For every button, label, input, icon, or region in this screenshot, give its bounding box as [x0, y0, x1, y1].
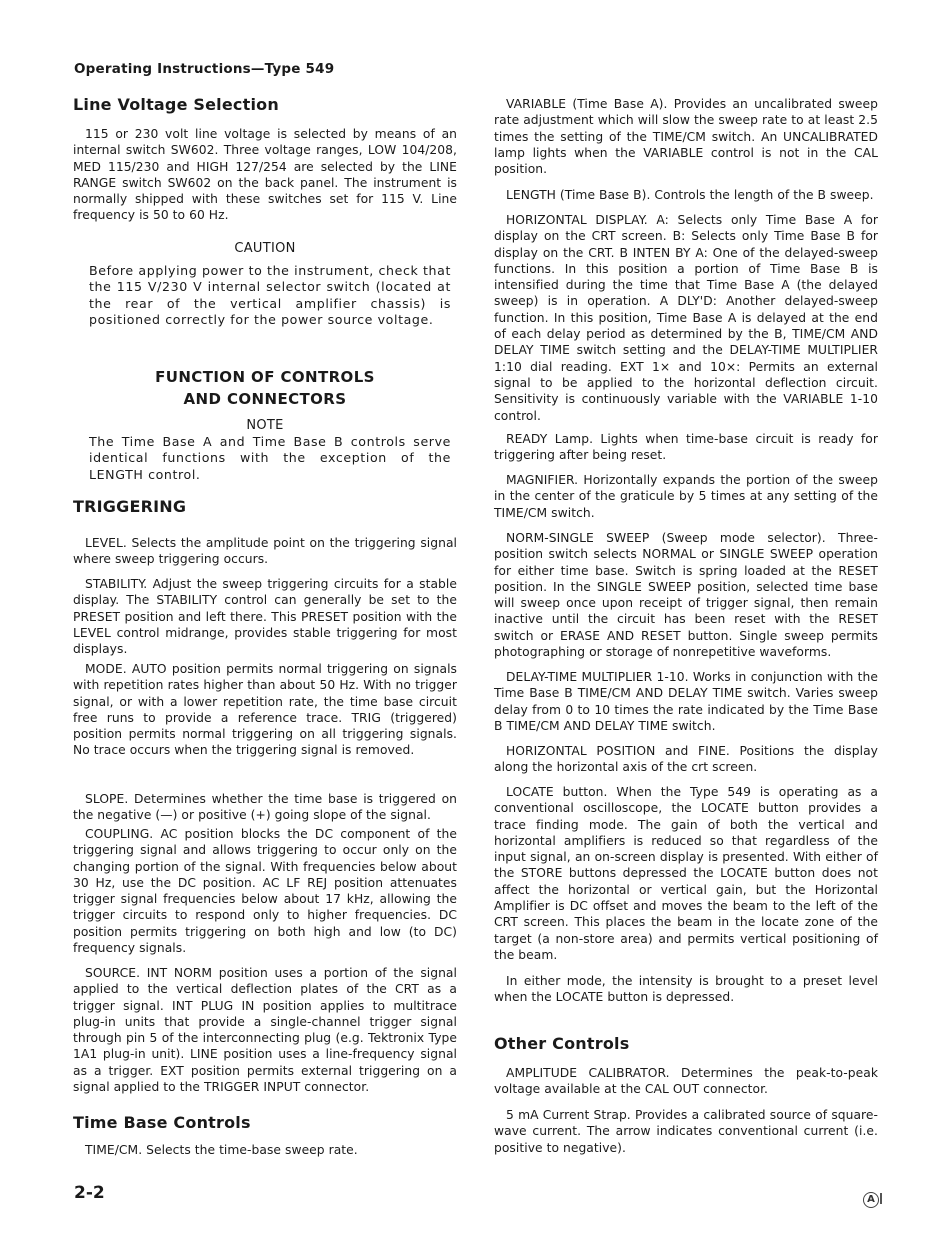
- line-voltage-body: 115 or 230 volt line voltage is selected…: [73, 126, 457, 224]
- tb-magnifier: MAGNIFIER. Horizontally expands the port…: [494, 472, 878, 521]
- function-heading-line1: FUNCTION OF CONTROLS: [73, 366, 457, 388]
- tb-horizontal-position: HORIZONTAL POSITION and FINE. Positions …: [494, 743, 878, 776]
- tb-length: LENGTH (Time Base B). Controls the lengt…: [494, 187, 878, 203]
- note-text: The Time Base A and Time Base B controls…: [89, 434, 451, 483]
- paragraph-locate: LOCATE button. When the Type 549 is oper…: [494, 784, 878, 963]
- function-heading: FUNCTION OF CONTROLS AND CONNECTORS: [73, 366, 457, 410]
- paragraph-horizontal-position: HORIZONTAL POSITION and FINE. Positions …: [494, 743, 878, 776]
- paragraph-stability: STABILITY. Adjust the sweep triggering c…: [73, 576, 457, 657]
- page-number: 2-2: [74, 1183, 105, 1203]
- caution-label: CAUTION: [73, 241, 457, 257]
- trig-stability: STABILITY. Adjust the sweep triggering c…: [73, 576, 457, 657]
- running-head: Operating Instructions—Type 549: [74, 61, 334, 77]
- paragraph-mode: MODE. AUTO position permits normal trigg…: [73, 661, 457, 759]
- trig-slope: SLOPE. Determines whether the time base …: [73, 791, 457, 824]
- paragraph-time-cm: TIME/CM. Selects the time-base sweep rat…: [73, 1142, 457, 1158]
- paragraph-slope: SLOPE. Determines whether the time base …: [73, 791, 457, 824]
- section-line-voltage: Line Voltage Selection: [73, 95, 457, 114]
- manual-page: Operating Instructions—Type 549 Line Vol…: [0, 0, 950, 1233]
- note-label: NOTE: [73, 418, 457, 434]
- heading-line-voltage: Line Voltage Selection: [73, 95, 457, 114]
- tb-horizontal-display: HORIZONTAL DISPLAY. A: Selects only Time…: [494, 212, 878, 424]
- paragraph-source: SOURCE. INT NORM position uses a portion…: [73, 965, 457, 1095]
- paragraph-horizontal-display: HORIZONTAL DISPLAY. A: Selects only Time…: [494, 212, 878, 424]
- tb-norm-single: NORM-SINGLE SWEEP (Sweep mode selector).…: [494, 530, 878, 660]
- caution-box: Before applying power to the instrument,…: [89, 263, 451, 328]
- paragraph-length: LENGTH (Time Base B). Controls the lengt…: [494, 187, 878, 203]
- heading-time-base: Time Base Controls: [73, 1113, 457, 1132]
- tb-ready-lamp: READY Lamp. Lights when time-base circui…: [494, 431, 878, 464]
- tb-variable: VARIABLE (Time Base A). Provides an unca…: [494, 96, 878, 177]
- paragraph-delay-time-multiplier: DELAY-TIME MULTIPLIER 1-10. Works in con…: [494, 669, 878, 734]
- paragraph-current-strap: 5 mA Current Strap. Provides a calibrate…: [494, 1107, 878, 1156]
- trig-mode: MODE. AUTO position permits normal trigg…: [73, 661, 457, 759]
- paragraph-intensity: In either mode, the intensity is brought…: [494, 973, 878, 1006]
- function-heading-line2: AND CONNECTORS: [73, 388, 457, 410]
- trig-level: LEVEL. Selects the amplitude point on th…: [73, 535, 457, 568]
- section-other-controls: Other Controls: [494, 1034, 878, 1053]
- section-triggering: TRIGGERING: [73, 497, 457, 516]
- paragraph-norm-single-sweep: NORM-SINGLE SWEEP (Sweep mode selector).…: [494, 530, 878, 660]
- tb-intensity: In either mode, the intensity is brought…: [494, 973, 878, 1006]
- revision-mark-icon: [880, 1193, 882, 1204]
- heading-triggering: TRIGGERING: [73, 497, 457, 516]
- trig-source: SOURCE. INT NORM position uses a portion…: [73, 965, 457, 1095]
- oc-amplitude-calibrator: AMPLITUDE CALIBRATOR. Determines the pea…: [494, 1065, 878, 1098]
- caution-text: Before applying power to the instrument,…: [89, 263, 451, 328]
- paragraph-amplitude-calibrator: AMPLITUDE CALIBRATOR. Determines the pea…: [494, 1065, 878, 1098]
- tb-locate: LOCATE button. When the Type 549 is oper…: [494, 784, 878, 963]
- paragraph: 115 or 230 volt line voltage is selected…: [73, 126, 457, 224]
- section-time-base: Time Base Controls: [73, 1113, 457, 1132]
- tb-time-cm: TIME/CM. Selects the time-base sweep rat…: [73, 1142, 457, 1158]
- heading-other-controls: Other Controls: [494, 1034, 878, 1053]
- revision-logo-icon: A: [863, 1192, 879, 1208]
- paragraph-variable: VARIABLE (Time Base A). Provides an unca…: [494, 96, 878, 177]
- paragraph-coupling: COUPLING. AC position blocks the DC comp…: [73, 826, 457, 956]
- paragraph-magnifier: MAGNIFIER. Horizontally expands the port…: [494, 472, 878, 521]
- note-box: The Time Base A and Time Base B controls…: [89, 434, 451, 483]
- tb-delay-multiplier: DELAY-TIME MULTIPLIER 1-10. Works in con…: [494, 669, 878, 734]
- trig-coupling: COUPLING. AC position blocks the DC comp…: [73, 826, 457, 956]
- oc-current-strap: 5 mA Current Strap. Provides a calibrate…: [494, 1107, 878, 1156]
- paragraph-level: LEVEL. Selects the amplitude point on th…: [73, 535, 457, 568]
- paragraph-ready-lamp: READY Lamp. Lights when time-base circui…: [494, 431, 878, 464]
